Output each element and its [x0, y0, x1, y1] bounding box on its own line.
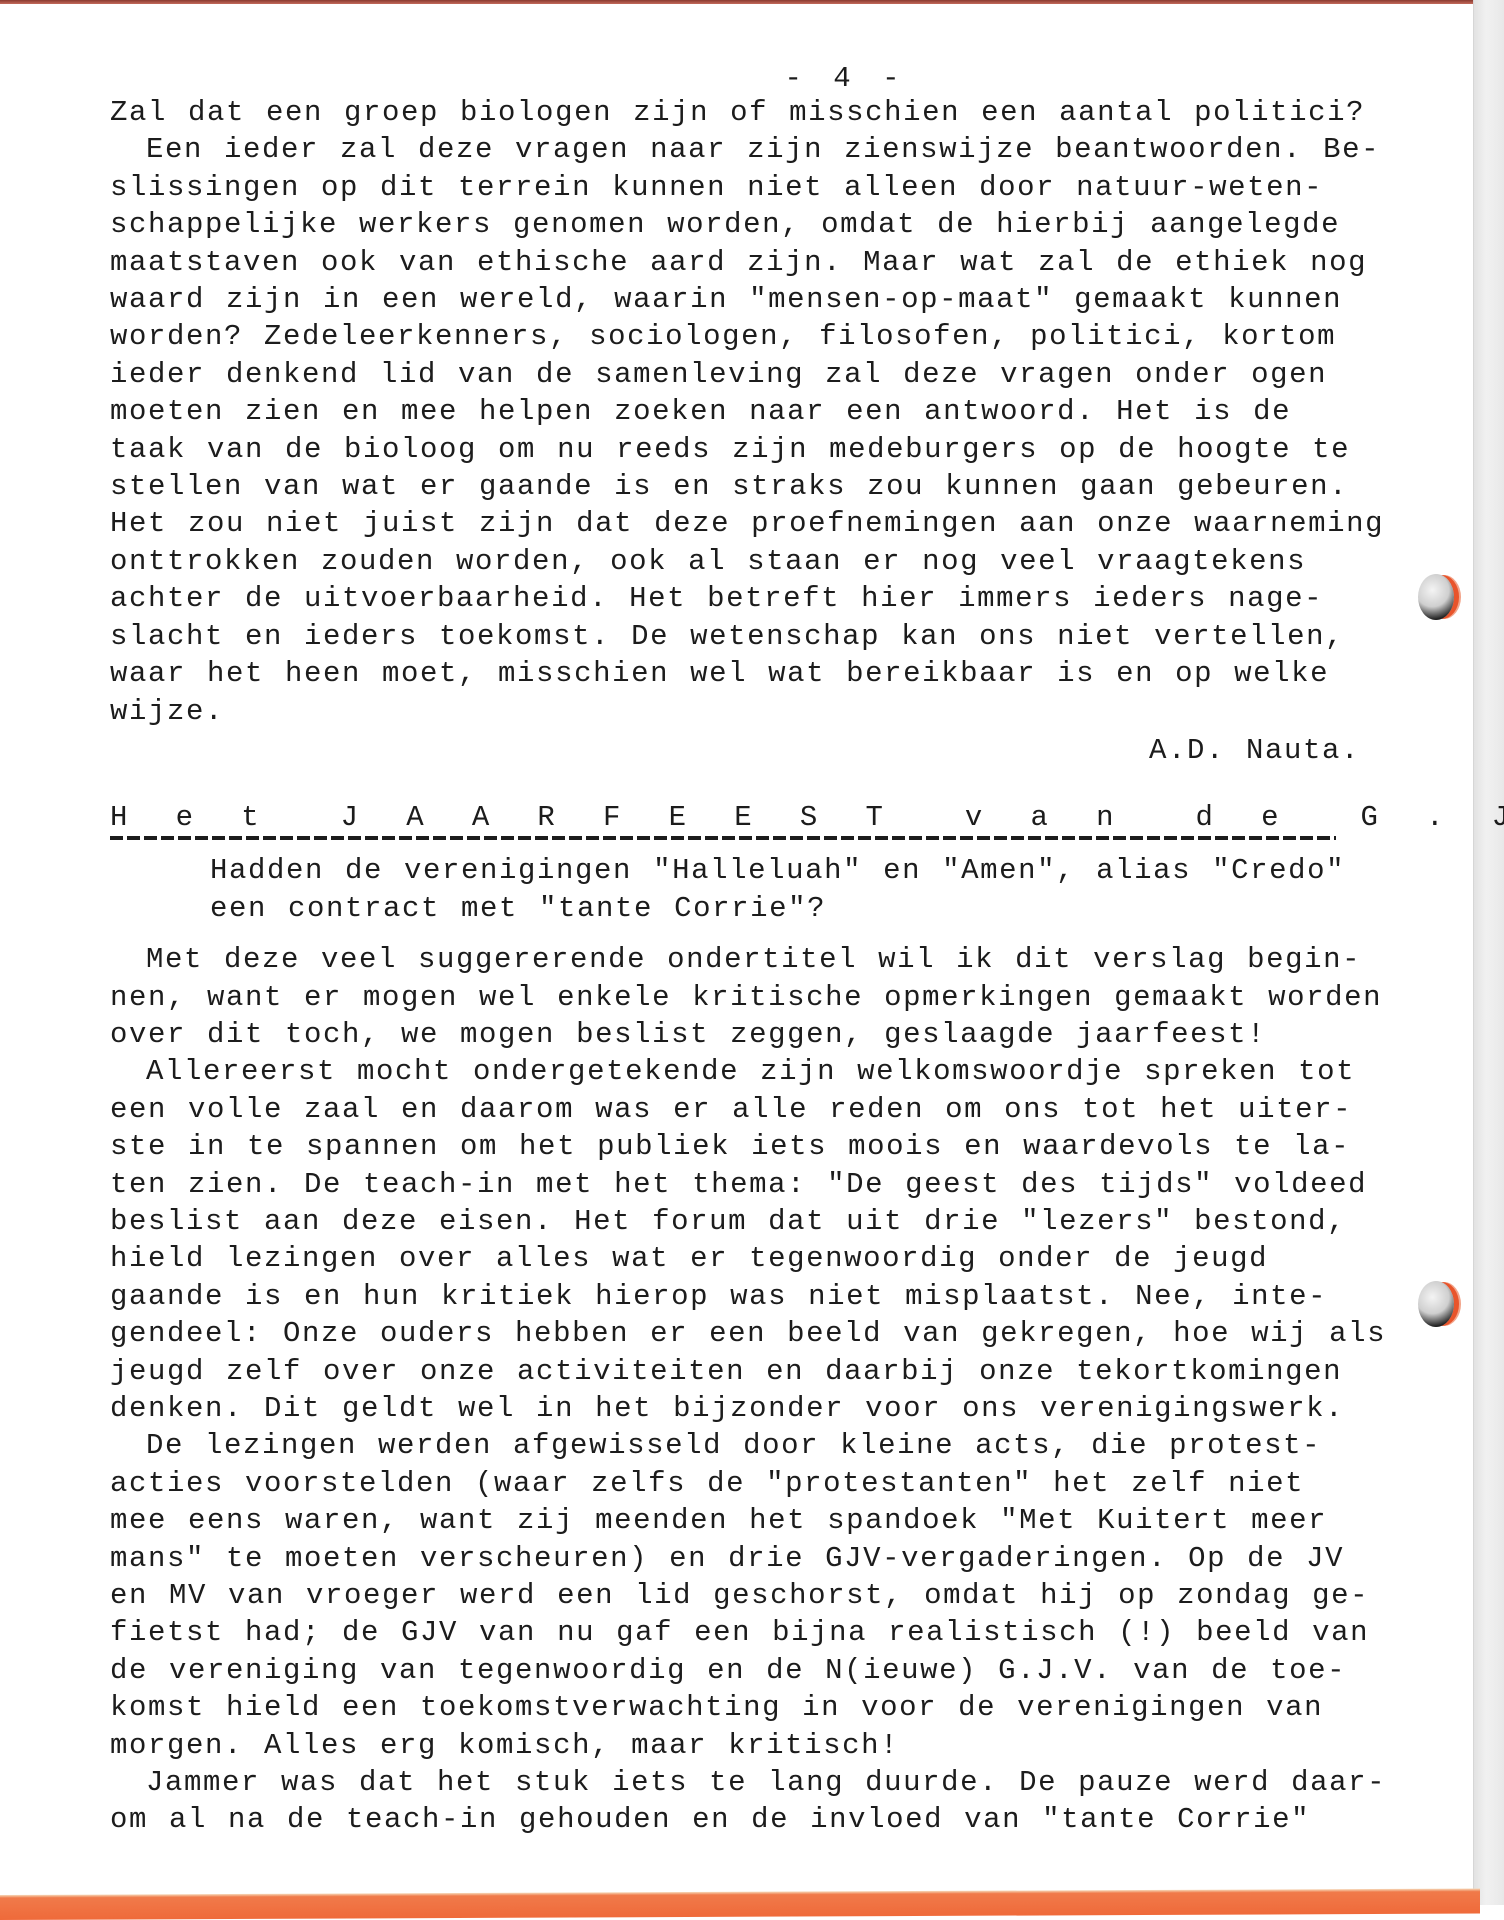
text-line: gendeel: Onze ouders hebben er een beeld…: [110, 1315, 1410, 1352]
binder-ring-hole-icon: [1418, 1281, 1454, 1327]
text-line: om al na de teach-in gehouden en de invl…: [110, 1801, 1410, 1838]
text-line: morgen. Alles erg komisch, maar kritisch…: [110, 1727, 1410, 1764]
article-subtitle: Hadden de verenigingen "Halleluah" en "A…: [110, 852, 1410, 927]
text-line: Hadden de verenigingen "Halleluah" en "A…: [210, 852, 1410, 889]
text-line: komst hield een toekomstverwachting in v…: [110, 1689, 1410, 1726]
text-line: jeugd zelf over onze activiteiten en daa…: [110, 1353, 1410, 1390]
text-line: maatstaven ook van ethische aard zijn. M…: [110, 244, 1410, 281]
text-line: Allereerst mocht ondergetekende zijn wel…: [110, 1053, 1410, 1090]
bottom-cover-edge: [0, 1889, 1480, 1920]
text-line: hield lezingen over alles wat er tegenwo…: [110, 1240, 1410, 1277]
text-line: moeten zien en mee helpen zoeken naar ee…: [110, 393, 1410, 430]
text-line: Jammer was dat het stuk iets te lang duu…: [110, 1764, 1410, 1801]
text-line: ste in te spannen om het publiek iets mo…: [110, 1128, 1410, 1165]
text-line: worden? Zedeleerkenners, sociologen, fil…: [110, 318, 1410, 355]
text-line: denken. Dit geldt wel in het bijzonder v…: [110, 1390, 1410, 1427]
text-line: achter de uitvoerbaarheid. Het betreft h…: [110, 580, 1410, 617]
text-line: ieder denkend lid van de samenleving zal…: [110, 356, 1410, 393]
text-line: waar het heen moet, misschien wel wat be…: [110, 655, 1410, 692]
text-line: onttrokken zouden worden, ook al staan e…: [110, 543, 1410, 580]
text-line: gaande is en hun kritiek hierop was niet…: [110, 1278, 1410, 1315]
text-line: fietst had; de GJV van nu gaf een bijna …: [110, 1614, 1410, 1651]
text-line: mans" te moeten verscheuren) en drie GJV…: [110, 1540, 1410, 1577]
article-heading: H e t J A A R F E E S T v a n d e G . J …: [110, 799, 1410, 839]
text-line: Met deze veel suggererende ondertitel wi…: [110, 941, 1410, 978]
text-line: ten zien. De teach-in met het thema: "De…: [110, 1166, 1410, 1203]
article-jaarfeest-body: Met deze veel suggererende ondertitel wi…: [110, 941, 1410, 1839]
article-genetics-conclusion: Zal dat een groep biologen zijn of missc…: [110, 94, 1410, 730]
text-line: waard zijn in een wereld, waarin "mensen…: [110, 281, 1410, 318]
text-line: wijze.: [110, 693, 1410, 730]
text-line: een contract met "tante Corrie"?: [210, 890, 1410, 927]
page-number: - 4 -: [280, 64, 1410, 94]
text-line: een volle zaal en daarom was er alle red…: [110, 1091, 1410, 1128]
text-line: de vereniging van tegenwoordig en de N(i…: [110, 1652, 1410, 1689]
text-line: nen, want er mogen wel enkele kritische …: [110, 979, 1410, 1016]
text-line: De lezingen werden afgewisseld door klei…: [110, 1427, 1410, 1464]
text-line: taak van de bioloog om nu reeds zijn med…: [110, 431, 1410, 468]
top-page-edge: [0, 0, 1504, 4]
text-line: Het zou niet juist zijn dat deze proefne…: [110, 505, 1410, 542]
text-line: Zal dat een groep biologen zijn of missc…: [110, 94, 1410, 131]
text-line: acties voorstelden (waar zelfs de "prote…: [110, 1465, 1410, 1502]
text-line: slissingen op dit terrein kunnen niet al…: [110, 169, 1410, 206]
text-line: en MV van vroeger werd een lid geschorst…: [110, 1577, 1410, 1614]
document-page: - 4 - Zal dat een groep biologen zijn of…: [110, 64, 1410, 1839]
text-line: mee eens waren, want zij meenden het spa…: [110, 1502, 1410, 1539]
text-line: schappelijke werkers genomen worden, omd…: [110, 206, 1410, 243]
binder-ring-hole-icon: [1418, 574, 1454, 620]
text-line: slacht en ieders toekomst. De wetenschap…: [110, 618, 1410, 655]
text-line: beslist aan deze eisen. Het forum dat ui…: [110, 1203, 1410, 1240]
text-line: Een ieder zal deze vragen naar zijn zien…: [110, 131, 1410, 168]
article-author-signature: A.D. Nauta.: [110, 732, 1410, 769]
right-page-edge: [1473, 0, 1504, 1905]
text-line: stellen van wat er gaande is en straks z…: [110, 468, 1410, 505]
text-line: over dit toch, we mogen beslist zeggen, …: [110, 1016, 1410, 1053]
